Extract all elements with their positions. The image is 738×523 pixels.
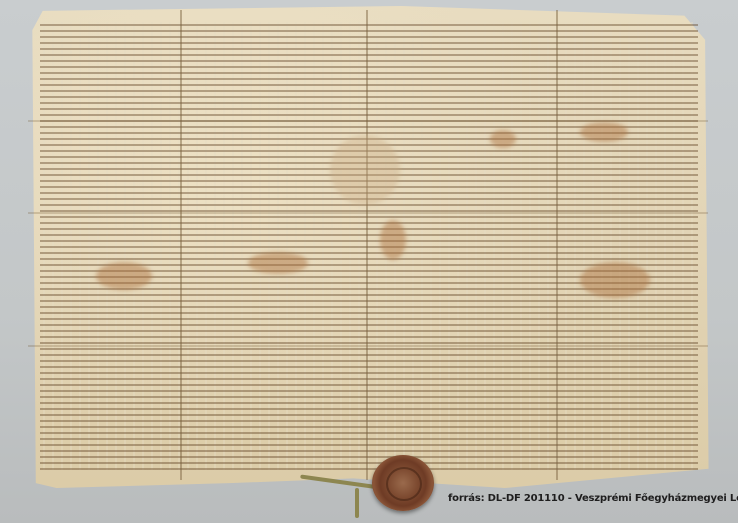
stain	[330, 135, 400, 205]
fold-line	[28, 345, 708, 347]
seal-cord	[355, 488, 359, 518]
stain	[490, 130, 516, 148]
fold-line	[28, 212, 708, 214]
stain	[96, 262, 152, 290]
fold-line	[366, 10, 368, 480]
stain	[580, 122, 628, 142]
stain	[248, 252, 308, 274]
fold-line	[556, 10, 558, 480]
stain	[380, 220, 406, 260]
handwritten-text-block	[40, 22, 698, 470]
fold-line	[180, 10, 182, 480]
source-caption: forrás: DL-DF 201110 - Veszprémi Főegyhá…	[448, 493, 738, 504]
document-image: forrás: DL-DF 201110 - Veszprémi Főegyhá…	[0, 0, 738, 523]
wax-seal	[372, 455, 434, 511]
stain	[580, 262, 650, 298]
